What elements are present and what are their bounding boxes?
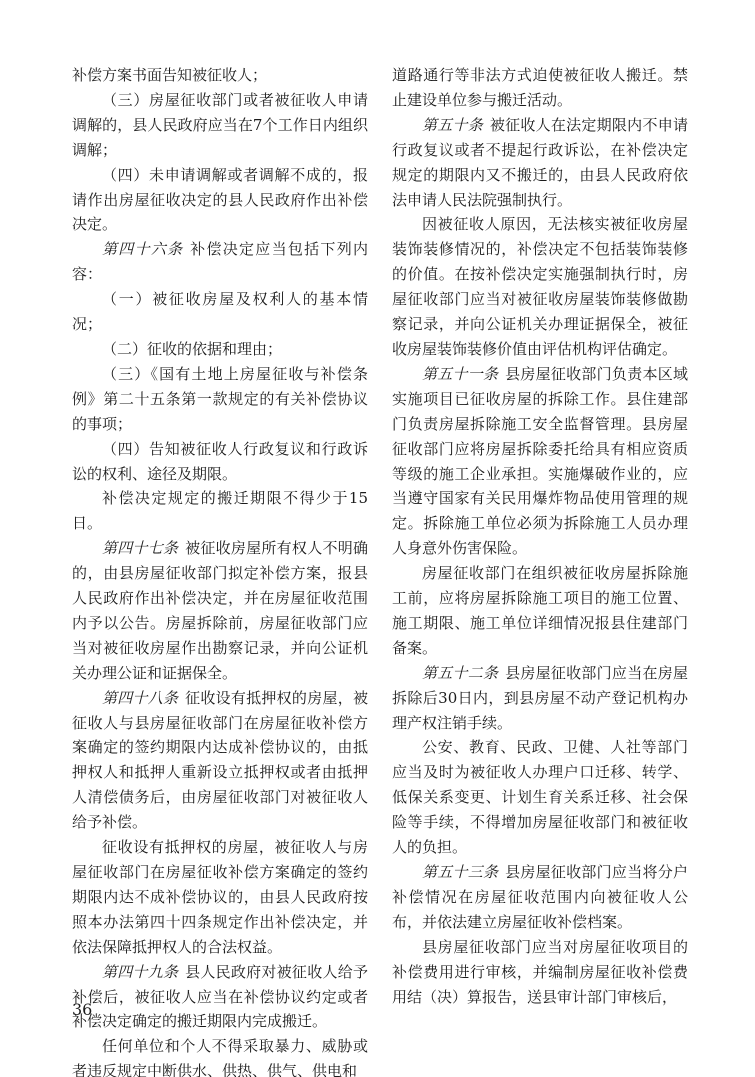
article-number: 第四十八条 bbox=[102, 689, 185, 707]
article-number: 第五十条 bbox=[422, 116, 490, 134]
paragraph: （四）未申请调解或者调解不成的，报请作出房屋征收决定的县人民政府作出补偿决定。 bbox=[72, 163, 368, 238]
paragraph: 道路通行等非法方式迫使被征收人搬迁。禁止建设单位参与搬迁活动。 bbox=[392, 63, 688, 113]
paragraph: （一）被征收房屋及权利人的基本情况； bbox=[72, 287, 368, 337]
paragraph-text: 房屋征收部门在组织被征收房屋拆除施工前，应将房屋拆除施工项目的施工位置、施工期限… bbox=[392, 564, 688, 657]
paragraph: （四）告知被征收人行政复议和行政诉讼的权利、途径及期限。 bbox=[72, 437, 368, 487]
paragraph-text: 补偿方案书面告知被征收人； bbox=[72, 66, 267, 84]
paragraph-text: （三）《国有土地上房屋征收与补偿条例》第二十五条第一款规定的有关补偿协议的事项； bbox=[72, 365, 368, 433]
paragraph: 补偿决定规定的搬迁期限不得少于15日。 bbox=[72, 486, 368, 536]
paragraph-text: 征收设有抵押权的房屋，被征收人与房屋征收部门在房屋征收补偿方案确定的签约期限内达… bbox=[72, 838, 368, 956]
paragraph-text: 公安、教育、民政、卫健、人社等部门应当及时为被征收人办理户口迁移、转学、低保关系… bbox=[392, 738, 688, 856]
paragraph-text: 任何单位和个人不得采取暴力、威胁或者违反规定中断供水、供热、供气、供电和 bbox=[72, 1037, 368, 1077]
paragraph: （三）房屋征收部门或者被征收人申请调解的，县人民政府应当在7个工作日内组织调解； bbox=[72, 88, 368, 163]
paragraph-text: 补偿决定规定的搬迁期限不得少于15日。 bbox=[72, 489, 368, 532]
page-number: 36 bbox=[72, 998, 92, 1022]
paragraph-text: 因被征收人原因，无法核实被征收房屋装饰装修情况的，补偿决定不包括装饰装修的价值。… bbox=[392, 215, 688, 358]
paragraph: 第四十八条征收设有抵押权的房屋，被征收人与县房屋征收部门在房屋征收补偿方案确定的… bbox=[72, 686, 368, 835]
article-number: 第四十七条 bbox=[102, 539, 185, 557]
paragraph: 第五十二条县房屋征收部门应当在房屋拆除后30日内，到县房屋不动产登记机构办理产权… bbox=[392, 661, 688, 736]
paragraph: （二）征收的依据和理由； bbox=[72, 337, 368, 362]
paragraph: 第四十六条补偿决定应当包括下列内容： bbox=[72, 237, 368, 287]
paragraph-text: 县房屋征收部门负责本区域实施项目已征收房屋的拆除工作。县住建部门负责房屋拆除施工… bbox=[392, 365, 688, 557]
paragraph: 公安、教育、民政、卫健、人社等部门应当及时为被征收人办理户口迁移、转学、低保关系… bbox=[392, 735, 688, 860]
article-number: 第四十六条 bbox=[102, 240, 190, 258]
paragraph-text: （一）被征收房屋及权利人的基本情况； bbox=[72, 290, 368, 333]
right-column: 道路通行等非法方式迫使被征收人搬迁。禁止建设单位参与搬迁活动。 第五十条被征收人… bbox=[392, 63, 688, 1077]
text-columns: 补偿方案书面告知被征收人； （三）房屋征收部门或者被征收人申请调解的，县人民政府… bbox=[72, 63, 688, 1077]
paragraph-text: （二）征收的依据和理由； bbox=[102, 340, 282, 358]
paragraph: 因被征收人原因，无法核实被征收房屋装饰装修情况的，补偿决定不包括装饰装修的价值。… bbox=[392, 212, 688, 361]
paragraph: 第四十九条县人民政府对被征收人给予补偿后，被征收人应当在补偿协议约定或者补偿决定… bbox=[72, 960, 368, 1035]
paragraph: 第五十一条县房屋征收部门负责本区域实施项目已征收房屋的拆除工作。县住建部门负责房… bbox=[392, 362, 688, 561]
paragraph: （三）《国有土地上房屋征收与补偿条例》第二十五条第一款规定的有关补偿协议的事项； bbox=[72, 362, 368, 437]
article-number: 第五十一条 bbox=[422, 365, 505, 383]
document-page: 补偿方案书面告知被征收人； （三）房屋征收部门或者被征收人申请调解的，县人民政府… bbox=[0, 0, 755, 1077]
paragraph: 房屋征收部门在组织被征收房屋拆除施工前，应将房屋拆除施工项目的施工位置、施工期限… bbox=[392, 561, 688, 661]
paragraph: 第五十条被征收人在法定期限内不申请行政复议或者不提起行政诉讼，在补偿决定规定的期… bbox=[392, 113, 688, 213]
paragraph: 任何单位和个人不得采取暴力、威胁或者违反规定中断供水、供热、供气、供电和 bbox=[72, 1034, 368, 1077]
paragraph-text: （三）房屋征收部门或者被征收人申请调解的，县人民政府应当在7个工作日内组织调解； bbox=[72, 91, 368, 159]
article-number: 第五十二条 bbox=[422, 664, 505, 682]
paragraph: 补偿方案书面告知被征收人； bbox=[72, 63, 368, 88]
left-column: 补偿方案书面告知被征收人； （三）房屋征收部门或者被征收人申请调解的，县人民政府… bbox=[72, 63, 368, 1077]
paragraph-text: （四）未申请调解或者调解不成的，报请作出房屋征收决定的县人民政府作出补偿决定。 bbox=[72, 166, 368, 234]
paragraph-text: 征收设有抵押权的房屋，被征收人与县房屋征收部门在房屋征收补偿方案确定的签约期限内… bbox=[72, 689, 368, 832]
paragraph: 征收设有抵押权的房屋，被征收人与房屋征收部门在房屋征收补偿方案确定的签约期限内达… bbox=[72, 835, 368, 960]
paragraph-text: 道路通行等非法方式迫使被征收人搬迁。禁止建设单位参与搬迁活动。 bbox=[392, 66, 688, 109]
paragraph: 第五十三条县房屋征收部门应当将分户补偿情况在房屋征收范围内向被征收人公布，并依法… bbox=[392, 860, 688, 935]
paragraph-text: （四）告知被征收人行政复议和行政诉讼的权利、途径及期限。 bbox=[72, 440, 368, 483]
paragraph: 第四十七条被征收房屋所有权人不明确的，由县房屋征收部门拟定补偿方案，报县人民政府… bbox=[72, 536, 368, 685]
paragraph-text: 被征收房屋所有权人不明确的，由县房屋征收部门拟定补偿方案，报县人民政府作出补偿决… bbox=[72, 539, 368, 682]
paragraph: 县房屋征收部门应当对房屋征收项目的补偿费用进行审核，并编制房屋征收补偿费用结（决… bbox=[392, 935, 688, 1010]
article-number: 第五十三条 bbox=[422, 863, 505, 881]
article-number: 第四十九条 bbox=[102, 963, 185, 981]
paragraph-text: 县房屋征收部门应当对房屋征收项目的补偿费用进行审核，并编制房屋征收补偿费用结（决… bbox=[392, 938, 688, 1006]
